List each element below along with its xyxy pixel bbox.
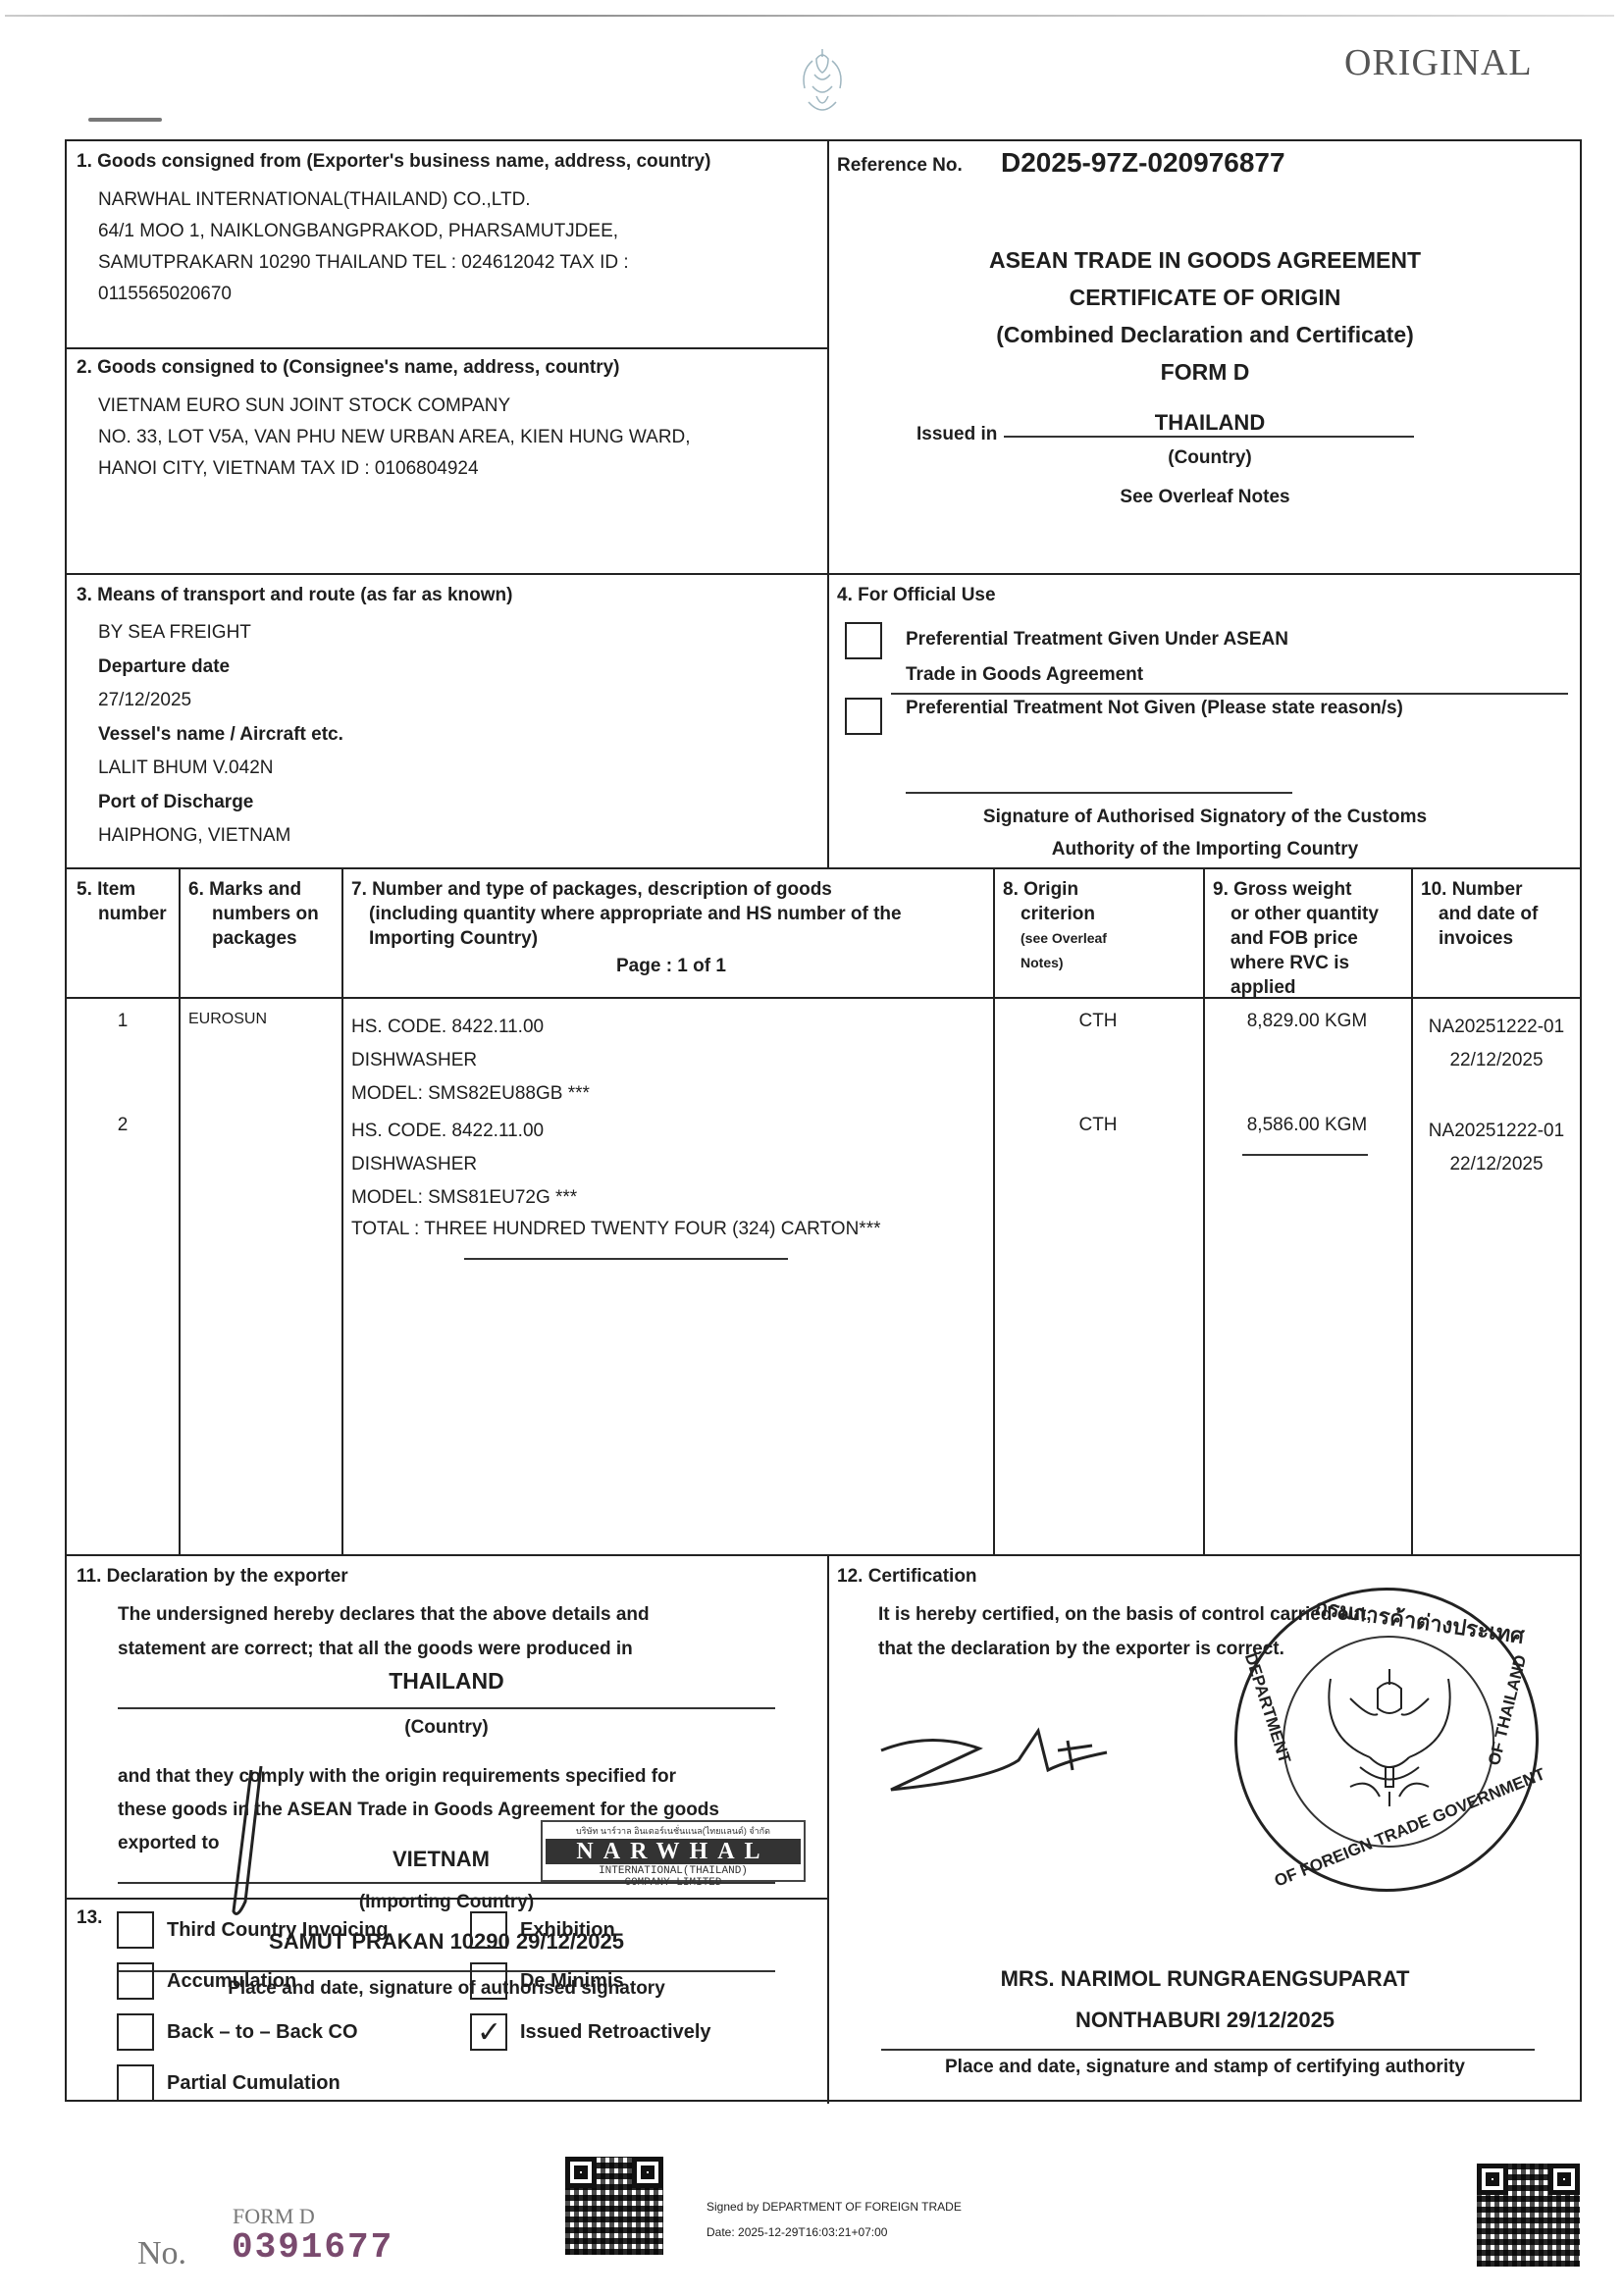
row2-invoice-date: 22/12/2025 xyxy=(1411,1148,1582,1181)
issued-country-caption: (Country) xyxy=(1004,447,1416,469)
row2-hs-code: HS. CODE. 8422.11.00 xyxy=(351,1115,577,1148)
col5-line-1: 5. Item xyxy=(77,877,167,902)
exporter-address-1: 64/1 MOO 1, NAIKLONGBANGPRAKOD, PHARSAMU… xyxy=(98,216,629,247)
form-title: ASEAN TRADE IN GOODS AGREEMENT CERTIFICA… xyxy=(827,241,1583,391)
col10-line-3: invoices xyxy=(1421,926,1538,951)
col9-line-2: or other quantity xyxy=(1213,902,1379,926)
partial-cumulation-label: Partial Cumulation xyxy=(167,2072,340,2095)
form-serial-number: 0391677 xyxy=(232,2227,393,2268)
col8-line-1: 8. Origin xyxy=(1003,877,1107,902)
col-header-origin: 8. Origin criterion (see Overleaf Notes) xyxy=(1003,877,1107,975)
stamp-line-1: INTERNATIONAL(THAILAND) xyxy=(543,1865,804,1877)
partial-cumulation-checkbox[interactable] xyxy=(117,2064,154,2102)
top-edge-line xyxy=(5,15,1614,17)
customs-signature-caption: Signature of Authorised Signatory of the… xyxy=(827,801,1583,865)
footer-no-label: No. xyxy=(137,2235,186,2272)
col-header-invoices: 10. Number and date of invoices xyxy=(1421,877,1538,951)
issued-in-label: Issued in xyxy=(916,424,997,445)
scan-mark xyxy=(88,118,162,122)
row2-model: MODEL: SMS81EU72G *** xyxy=(351,1181,577,1215)
certifier-place-date: NONTHABURI 29/12/2025 xyxy=(827,2008,1583,2033)
declaration-line-1: The undersigned hereby declares that the… xyxy=(118,1597,650,1632)
col7-line-2: (including quantity where appropriate an… xyxy=(351,902,902,926)
col8-line-2: criterion xyxy=(1003,902,1107,926)
box3-label: 3. Means of transport and route (as far … xyxy=(77,585,512,606)
qr-code-icon[interactable] xyxy=(1477,2164,1580,2267)
stamp-thai-name: บริษัท นาร์วาล อินเตอร์เนชั่นแนล(ไทยแลนด… xyxy=(543,1824,804,1838)
garuda-emblem-icon xyxy=(783,41,862,120)
third-country-invoicing-label: Third Country Invoicing xyxy=(167,1919,389,1942)
seal-left-text: DEPARTMENT xyxy=(1240,1650,1294,1765)
footer-form-label: FORM D xyxy=(233,2204,315,2229)
row2-weight: 8,586.00 KGM xyxy=(1203,1115,1411,1136)
importing-country-caption: (Importing Country) xyxy=(118,1892,775,1913)
col9-line-3: and FOB price xyxy=(1213,926,1379,951)
col8-note-2: Notes) xyxy=(1003,951,1107,975)
issued-retroactively-label: Issued Retroactively xyxy=(520,2021,711,2044)
row2-invoice-number: NA20251222-01 xyxy=(1411,1115,1582,1148)
col7-line-1: 7. Number and type of packages, descript… xyxy=(351,877,902,902)
col8-note-1: (see Overleaf xyxy=(1003,926,1107,951)
col9-line-5: applied xyxy=(1213,975,1379,1000)
preferential-given-line-1: Preferential Treatment Given Under ASEAN xyxy=(906,622,1288,657)
qr-code-icon[interactable] xyxy=(565,2157,663,2255)
customs-sig-line-2: Authority of the Importing Country xyxy=(827,833,1583,865)
box1-label: 1. Goods consigned from (Exporter's busi… xyxy=(77,151,710,173)
col10-line-1: 10. Number xyxy=(1421,877,1538,902)
title-line-3: (Combined Declaration and Certificate) xyxy=(827,316,1583,353)
exporter-address-2: SAMUTPRAKARN 10290 THAILAND TEL : 024612… xyxy=(98,247,629,279)
col5-line-2: number xyxy=(77,902,167,926)
row2-invoice: NA20251222-01 22/12/2025 xyxy=(1411,1115,1582,1181)
overleaf-notes: See Overleaf Notes xyxy=(827,487,1583,508)
col7-line-3: Importing Country) xyxy=(351,926,902,951)
title-line-1: ASEAN TRADE IN GOODS AGREEMENT xyxy=(827,241,1583,279)
title-form-d: FORM D xyxy=(827,353,1583,391)
title-line-2: CERTIFICATE OF ORIGIN xyxy=(827,279,1583,316)
declaration-text-1: The undersigned hereby declares that the… xyxy=(118,1597,650,1666)
digital-signature-info: Signed by DEPARTMENT OF FOREIGN TRADE Da… xyxy=(707,2194,962,2245)
col6-line-3: packages xyxy=(188,926,319,951)
row1-marks: EUROSUN xyxy=(188,1011,267,1028)
row1-invoice-date: 22/12/2025 xyxy=(1411,1044,1582,1077)
col-header-description: 7. Number and type of packages, descript… xyxy=(351,877,902,951)
back-to-back-checkbox[interactable] xyxy=(117,2013,154,2051)
preferential-given-line-2: Trade in Goods Agreement xyxy=(906,657,1288,693)
departure-label: Departure date xyxy=(98,651,343,685)
col-header-marks: 6. Marks and numbers on packages xyxy=(188,877,319,951)
row1-origin: CTH xyxy=(993,1011,1203,1032)
third-country-invoicing-checkbox[interactable] xyxy=(117,1911,154,1949)
col6-line-2: numbers on xyxy=(188,902,319,926)
importing-country: VIETNAM xyxy=(393,1847,490,1872)
col9-line-4: where RVC is xyxy=(1213,951,1379,975)
row1-weight: 8,829.00 KGM xyxy=(1203,1011,1411,1032)
departure-date: 27/12/2025 xyxy=(98,684,343,718)
consignee-address-2: HANOI CITY, VIETNAM TAX ID : 0106804924 xyxy=(98,453,691,485)
exhibition-checkbox[interactable] xyxy=(470,1911,507,1949)
accumulation-label: Accumulation xyxy=(167,1970,296,1993)
reference-label: Reference No. xyxy=(837,155,963,177)
signed-by: Signed by DEPARTMENT OF FOREIGN TRADE xyxy=(707,2194,962,2219)
customs-sig-line-1: Signature of Authorised Signatory of the… xyxy=(827,801,1583,833)
row1-model: MODEL: SMS82EU88GB *** xyxy=(351,1077,590,1111)
company-stamp: บริษัท นาร์วาล อินเตอร์เนชั่นแนล(ไทยแลนด… xyxy=(541,1820,806,1882)
preferential-not-given-label: Preferential Treatment Not Given (Please… xyxy=(906,698,1403,719)
box13-label: 13. xyxy=(77,1907,102,1929)
col9-line-1: 9. Gross weight xyxy=(1213,877,1379,902)
stamp-brand: NARWHAL xyxy=(546,1839,801,1864)
row1-product: DISHWASHER xyxy=(351,1044,590,1077)
vessel-label: Vessel's name / Aircraft etc. xyxy=(98,718,343,753)
box12-label: 12. Certification xyxy=(837,1566,977,1588)
row1-invoice: NA20251222-01 22/12/2025 xyxy=(1411,1011,1582,1077)
exporter-details: NARWHAL INTERNATIONAL(THAILAND) CO.,LTD.… xyxy=(98,184,629,310)
consignee-address-1: NO. 33, LOT V5A, VAN PHU NEW URBAN AREA,… xyxy=(98,422,691,453)
official-seal: กรมการค้าต่างประเทศ DEPARTMENT OF FOREIG… xyxy=(1234,1588,1539,1892)
consignee-details: VIETNAM EURO SUN JOINT STOCK COMPANY NO.… xyxy=(98,391,691,485)
port-of-discharge: HAIPHONG, VIETNAM xyxy=(98,819,343,854)
accumulation-checkbox[interactable] xyxy=(117,1962,154,2000)
de-minimis-label: De Minimis xyxy=(520,1970,624,1993)
garuda-seal-icon xyxy=(1311,1659,1468,1816)
certifier-caption: Place and date, signature and stamp of c… xyxy=(827,2057,1583,2078)
issued-retroactively-checkbox[interactable] xyxy=(470,2013,507,2051)
col-header-weight: 9. Gross weight or other quantity and FO… xyxy=(1213,877,1379,1000)
transport-mode: BY SEA FREIGHT xyxy=(98,616,343,651)
row1-description: HS. CODE. 8422.11.00 DISHWASHER MODEL: S… xyxy=(351,1011,590,1111)
declaration-line-3: and that they comply with the origin req… xyxy=(118,1760,719,1794)
origin-country: THAILAND xyxy=(118,1668,775,1695)
declaration-line-2: statement are correct; that all the good… xyxy=(118,1632,650,1666)
row1-hs-code: HS. CODE. 8422.11.00 xyxy=(351,1011,590,1044)
box11-label: 11. Declaration by the exporter xyxy=(77,1566,348,1588)
exporter-name: NARWHAL INTERNATIONAL(THAILAND) CO.,LTD. xyxy=(98,184,629,216)
certifier-signature xyxy=(871,1692,1205,1800)
row2-origin: CTH xyxy=(993,1115,1203,1136)
exporter-tax-id: 0115565020670 xyxy=(98,279,629,310)
exhibition-label: Exhibition xyxy=(520,1919,615,1942)
box2-label: 2. Goods consigned to (Consignee's name,… xyxy=(77,357,620,379)
reference-number: D2025-97Z-020976877 xyxy=(1001,147,1285,179)
back-to-back-label: Back – to – Back CO xyxy=(167,2021,358,2044)
transport-details: BY SEA FREIGHT Departure date 27/12/2025… xyxy=(98,616,343,854)
col6-line-1: 6. Marks and xyxy=(188,877,319,902)
consignee-name: VIETNAM EURO SUN JOINT STOCK COMPANY xyxy=(98,391,691,422)
issued-in-country: THAILAND xyxy=(1004,410,1416,436)
col-header-item-number: 5. Item number xyxy=(77,877,167,926)
row1-item: 1 xyxy=(67,1011,179,1032)
box4-label: 4. For Official Use xyxy=(837,585,996,606)
preferential-given-checkbox[interactable] xyxy=(845,622,882,659)
row2-product: DISHWASHER xyxy=(351,1148,577,1181)
seal-right-text: OF THAILAND xyxy=(1485,1653,1531,1768)
origin-country-caption: (Country) xyxy=(118,1717,775,1739)
row2-item: 2 xyxy=(67,1115,179,1136)
preferential-given-label: Preferential Treatment Given Under ASEAN… xyxy=(906,622,1288,693)
preferential-not-given-checkbox[interactable] xyxy=(845,698,882,735)
total-packages: TOTAL : THREE HUNDRED TWENTY FOUR (324) … xyxy=(351,1219,880,1240)
certifying-officer: MRS. NARIMOL RUNGRAENGSUPARAT xyxy=(827,1966,1583,1992)
signed-date: Date: 2025-12-29T16:03:21+07:00 xyxy=(707,2219,962,2245)
page-indicator: Page : 1 of 1 xyxy=(616,956,726,977)
row2-description: HS. CODE. 8422.11.00 DISHWASHER MODEL: S… xyxy=(351,1115,577,1215)
col10-line-2: and date of xyxy=(1421,902,1538,926)
de-minimis-checkbox[interactable] xyxy=(470,1962,507,2000)
original-stamp-label: ORIGINAL xyxy=(1344,41,1533,84)
row1-invoice-number: NA20251222-01 xyxy=(1411,1011,1582,1044)
port-label: Port of Discharge xyxy=(98,786,343,820)
vessel-name: LALIT BHUM V.042N xyxy=(98,752,343,786)
